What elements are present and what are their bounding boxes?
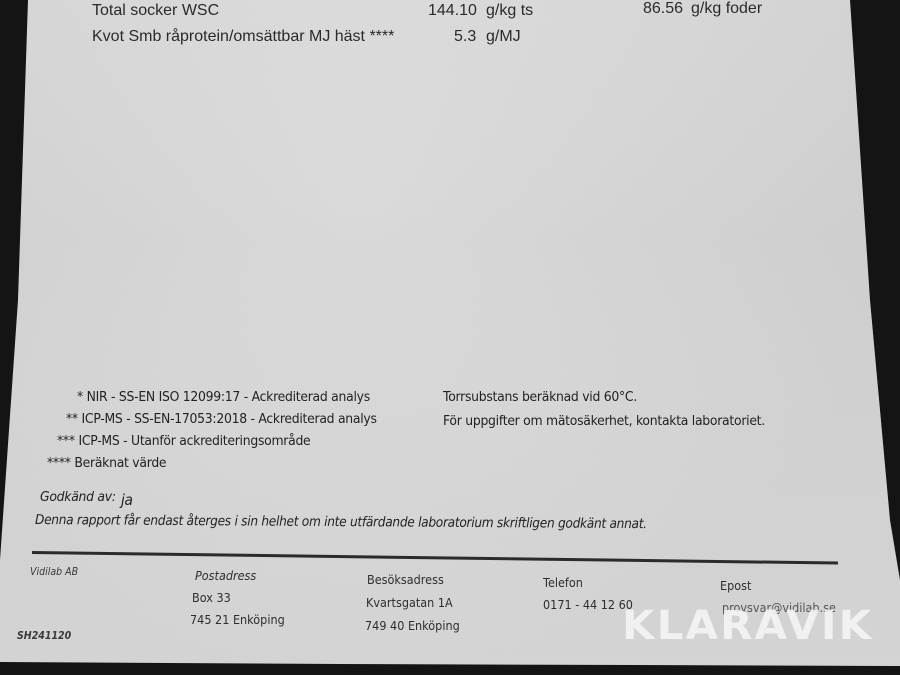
footnote-icpms-non-accredited: *** ICP-MS - Utanför ackrediteringsområd… — [57, 433, 310, 449]
result-label: Total socker WSC — [92, 2, 219, 20]
postal-line1: Box 33 — [192, 590, 231, 605]
phone-label: Telefon — [543, 575, 583, 590]
visiting-label: Besöksadress — [367, 572, 444, 587]
footnote-calculated: **** Beräknat värde — [47, 455, 166, 471]
document-code: SH241120 — [17, 630, 71, 642]
result-unit-ts: g/MJ — [486, 28, 521, 46]
result-value-ts: 5.3 — [454, 28, 476, 46]
footnote-icpms-accredited: ** ICP-MS - SS-EN-17053:2018 - Ackredite… — [66, 411, 377, 427]
phone-value: 0171 - 44 12 60 — [543, 597, 633, 612]
result-unit-ts: g/kg ts — [486, 2, 533, 20]
postal-line2: 745 21 Enköping — [190, 612, 285, 627]
result-unit-feed: g/kg foder — [691, 0, 762, 18]
photo-stage: Total socker WSC 144.10 g/kg ts 86.56 g/… — [0, 0, 900, 675]
note-dry-matter: Torrsubstans beräknad vid 60°C. — [443, 389, 637, 405]
postal-label: Postadress — [195, 568, 256, 583]
approval-value: ja — [121, 491, 133, 509]
visiting-line2: 749 40 Enköping — [365, 618, 460, 633]
company-name: Vidilab AB — [30, 566, 78, 578]
email-label: Epost — [720, 578, 751, 593]
result-value-feed: 86.56 — [643, 0, 683, 18]
result-label: Kvot Smb råprotein/omsättbar MJ häst ***… — [92, 28, 394, 46]
note-uncertainty: För uppgifter om mätosäkerhet, kontakta … — [443, 413, 765, 429]
visiting-line1: Kvartsgatan 1A — [366, 595, 453, 610]
footnote-nir: * NIR - SS-EN ISO 12099:17 - Ackreditera… — [77, 389, 370, 405]
watermark-logo: KLARAVIK — [622, 603, 873, 649]
result-value-ts: 144.10 — [428, 2, 477, 20]
report-paper — [0, 0, 900, 675]
approval-label: Godkänd av: — [40, 489, 116, 505]
